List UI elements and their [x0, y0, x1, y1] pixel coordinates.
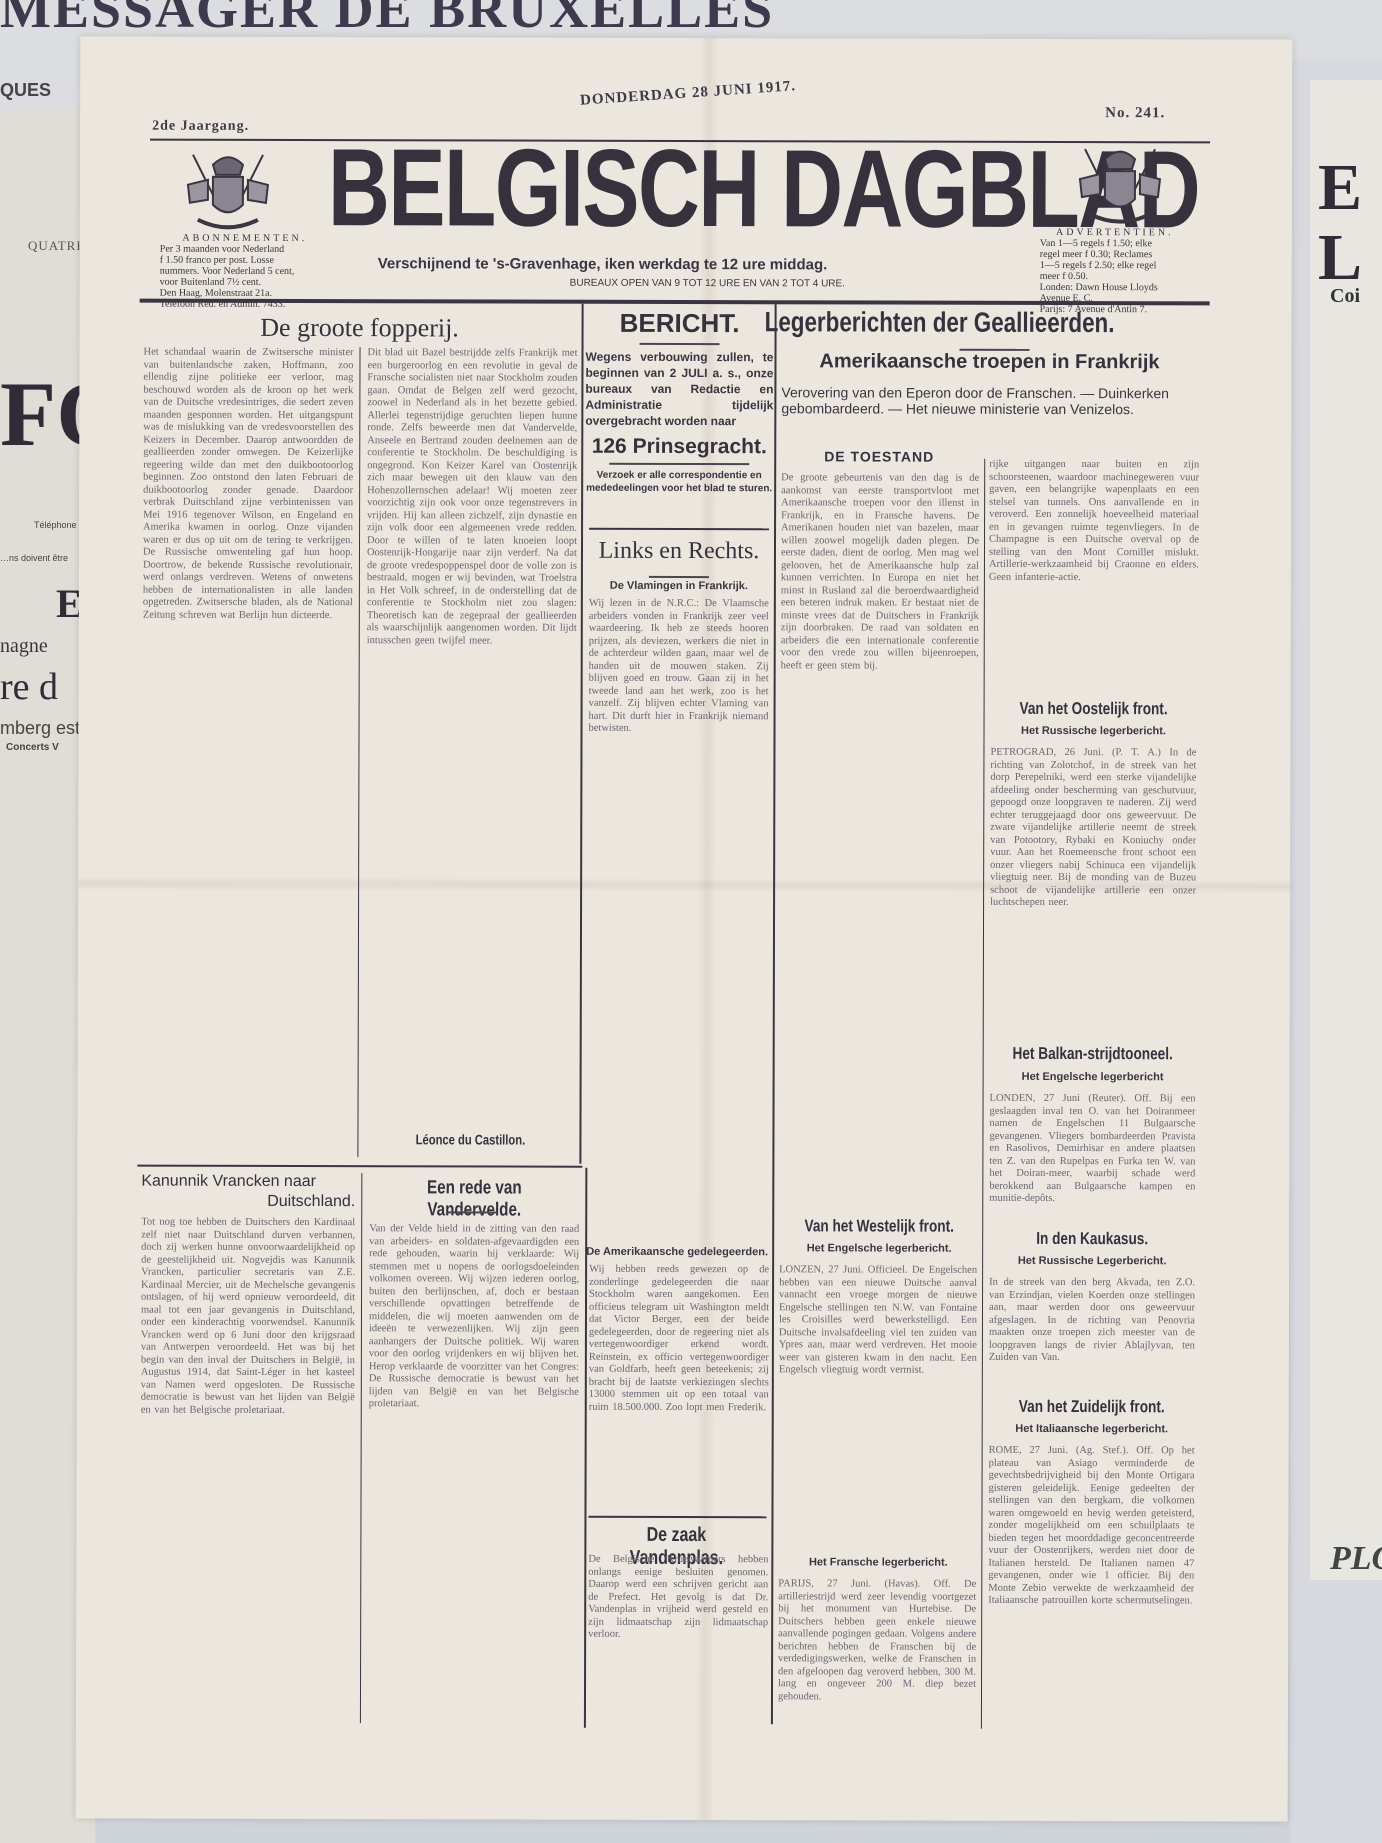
subheading-engelsch-legerbericht: Het Engelsche legerbericht.: [777, 1242, 981, 1255]
office-hours: BUREAUX OPEN VAN 9 TOT 12 URE EN VAN 2 T…: [570, 278, 845, 290]
article-castillon-text: Dit blad uit Bazel bestrijdde zelfs Fran…: [366, 347, 578, 1118]
author-signature: Léonce du Castillon.: [386, 1131, 554, 1147]
section-rule: [589, 528, 769, 530]
headline-westelijk-front: Van het Westelijk front.: [798, 1216, 961, 1236]
advertising-line: meer f 0.50.: [1040, 271, 1190, 282]
article-westelijk-front: LONZEN, 27 Juni. Officieel. De Engelsche…: [778, 1264, 977, 1545]
advertising-line: Van 1—5 regels f 1.50; elke: [1040, 238, 1190, 249]
advertising-title: ADVERTENTIEN.: [1040, 227, 1190, 238]
headline-vrancken-line1: Kanunnik Vrancken naar: [141, 1173, 355, 1192]
background-text: Concerts V: [6, 742, 59, 753]
newspaper-page: 2de Jaargang. DONDERDAG 28 JUNI 1917. No…: [76, 36, 1293, 1821]
divider: [649, 576, 709, 578]
issue-date: DONDERDAG 28 JUNI 1917.: [580, 78, 797, 109]
subheading-amerikaansche-gedelegeerden: De Amerikaansche gedelegeerden.: [583, 1246, 771, 1258]
headline-amerikaansche-troepen: Amerikaansche troepen in Frankrijk: [779, 350, 1199, 374]
subscription-line: nummers. Voor Nederland 5 cent,: [160, 266, 330, 277]
issue-number: No. 241.: [1105, 105, 1165, 122]
subscription-line: Den Haag, Molenstraat 21a.: [160, 288, 330, 299]
background-text: Coi: [1330, 285, 1360, 308]
background-text: QUATRE: [28, 238, 85, 254]
coat-of-arms-icon: [178, 145, 278, 240]
subheading-engelsch-legerbericht: Het Engelsche legerbericht: [988, 1071, 1198, 1084]
legerberichten-summary: Verovering van den Eperon door de Fransc…: [781, 384, 1195, 417]
background-fragment: QUES: [0, 80, 51, 101]
column-divider: [771, 304, 777, 1724]
subheading-fransch-legerbericht: Het Fransche legerbericht.: [776, 1556, 980, 1569]
background-text: PLO: [1330, 1540, 1382, 1578]
headline-vrancken-line2: Duitschland.: [141, 1193, 355, 1212]
headline-legerberichten: Legerberichten der Geallieerden.: [732, 306, 1148, 339]
subscription-title: ABONNEMENTEN.: [160, 233, 330, 244]
coat-of-arms-icon: [1070, 139, 1170, 234]
publication-tagline: Verschijnend te 's-Gravenhage, iken werk…: [378, 255, 828, 273]
article-zuidelijk-front: ROME, 27 Juni. (Ag. Stef.). Off. Op het …: [988, 1445, 1195, 1726]
subheading-russisch-legerbericht: Het Russische legerbericht.: [989, 725, 1199, 738]
headline-kaukasus: In den Kaukasus.: [1008, 1229, 1176, 1249]
headline-oostelijk-front: Van het Oostelijk front.: [1010, 699, 1178, 719]
notice-request: Verzoek er alle correspondentie en meded…: [585, 469, 773, 495]
headline-balkan: Het Balkan-strijdtooneel.: [1009, 1044, 1177, 1064]
subheading-russisch-legerbericht: Het Russische Legerbericht.: [987, 1255, 1197, 1268]
article-amerikaansche-gedelegeerden: Wij hebben reeds gewezen op de zonderlin…: [588, 1264, 769, 1504]
advertising-line: Londen: Dawn House Lloyds: [1040, 282, 1190, 293]
article-balkan: LONDEN, 27 Juni (Reuter). Off. Bij een g…: [989, 1093, 1195, 1214]
notice-address: 126 Prinsegracht.: [585, 435, 773, 459]
article-links-en-rechts: Wij lezen in de N.R.C.: De Vlaamsche arb…: [588, 598, 769, 1008]
subscription-line: voor Buitenland 7½ cent.: [160, 277, 330, 288]
article-fransch-legerbericht: PARIJS, 27 Juni. (Havas). Off. De artill…: [778, 1578, 976, 1729]
article-vandervelde: Van der Velde hield in de zitting van de…: [368, 1223, 579, 1714]
background-masthead: MESSAGER DE BRUXELLES: [0, 0, 774, 40]
article-de-toestand: De groote gebeurtenis van den dag is de …: [779, 472, 979, 1203]
headline-fopperij: De groote fopperij.: [140, 313, 580, 344]
background-text: Téléphone: [34, 520, 77, 530]
article-fopperij-col1: Het schandaal waarin de Zwitsersche mini…: [141, 347, 353, 1148]
headline-vandervelde: Een rede van Vandervelde.: [389, 1177, 560, 1221]
divider: [447, 1211, 497, 1213]
subheading-italiaansch-legerbericht: Het Italiaansche legerbericht.: [987, 1423, 1197, 1436]
divider: [609, 463, 749, 465]
headline-zuidelijk-front: Van het Zuidelijk front.: [1008, 1397, 1176, 1417]
advertising-line: 1—5 regels f 2.50; elke regel: [1040, 260, 1190, 271]
background-text: mberg est: [0, 718, 80, 739]
section-rule: [137, 1165, 582, 1168]
notice-body: Wegens verbouwing zullen, te beginnen va…: [585, 349, 773, 429]
article-vandenplas: De Belgische Kruisvaarders hebben onlang…: [588, 1554, 768, 1714]
subheading-vlamingen: De Vlamingen in Frankrijk.: [585, 580, 773, 592]
headline-links-en-rechts: Links en Rechts.: [585, 538, 773, 565]
background-text: re d: [0, 665, 58, 709]
subscription-line: f 1.50 franco per post. Losse: [160, 255, 330, 266]
section-de-toestand: DE TOESTAND: [779, 448, 979, 465]
background-text: nagne: [0, 635, 48, 658]
article-vrancken: Tot nog toe hebben de Duitschers den Kar…: [140, 1217, 355, 1718]
background-text: …ns doivent être: [0, 553, 68, 563]
divider: [640, 343, 720, 345]
article-de-toestand-cont: rijke uitgangen naar buiten en zijn scho…: [989, 459, 1200, 690]
background-text: E: [1318, 150, 1362, 226]
column-divider: [579, 304, 583, 1164]
volume-label: 2de Jaargang.: [152, 119, 249, 135]
subscription-line: Per 3 maanden voor Nederland: [160, 244, 330, 255]
column-divider: [360, 1173, 362, 1723]
section-rule: [588, 1516, 766, 1518]
background-newspaper-right: E L Coi PLO: [1290, 60, 1382, 1843]
article-oostelijk-front: PETROGRAD, 26 Juni. (P. T. A.) In de ric…: [990, 747, 1197, 1038]
column-divider: [357, 347, 360, 1157]
column-divider: [981, 459, 985, 1729]
advertising-line: regel meer f 0.30; Reclames: [1040, 249, 1190, 260]
article-kaukasus: In de streek van den berg Akvada, ten Z.…: [989, 1277, 1195, 1388]
